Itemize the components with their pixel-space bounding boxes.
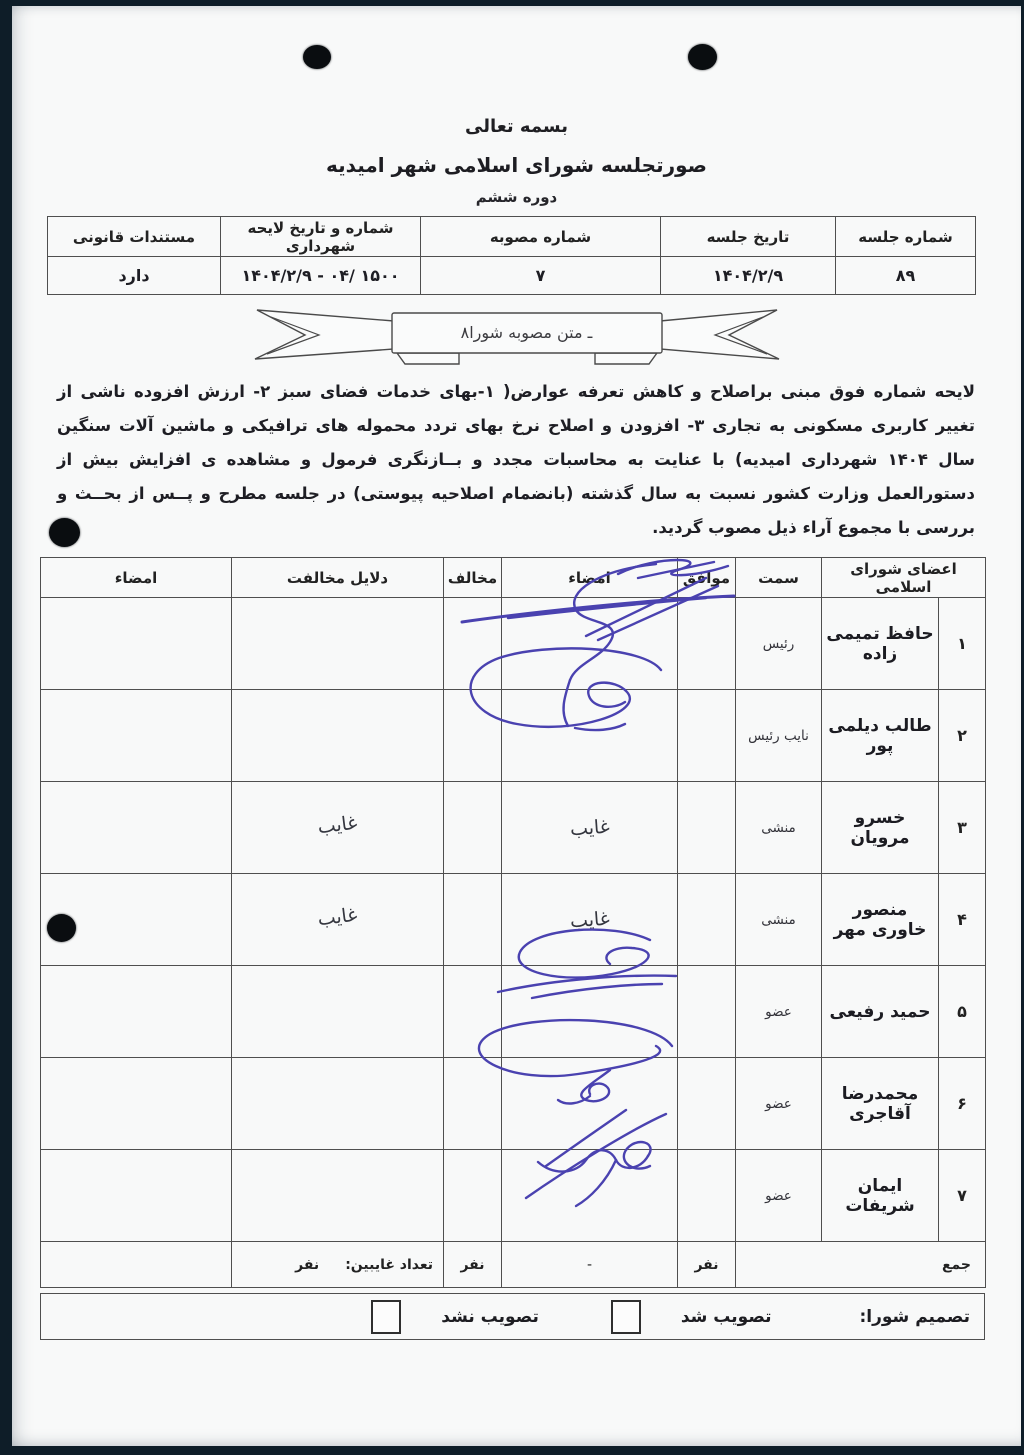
member-row-3: ۳ خسرو مرویان منشی غایب غایب [41,782,986,874]
meeting-info-table: شماره جلسه تاریخ جلسه شماره مصوبه شماره … [47,216,976,295]
signature-cell: غایب [502,782,678,874]
agree-cell [678,690,736,782]
info-values-row: ۸۹ ۱۴۰۴/۲/۹ ۷ ۱۴۰۴/۲/۹ - ۰۴/ ۱۵۰۰ دارد [48,257,976,295]
bismillah-text: بسمه تعالی [12,114,1021,140]
signature2-cell [41,1058,232,1150]
oppose-reason-cell: غایب [232,874,444,966]
absents-unit: نفر [295,1257,319,1273]
oppose-cell [444,1150,502,1242]
meeting-number-value: ۸۹ [836,257,976,295]
member-position: رئیس [736,598,822,690]
agree-cell [678,782,736,874]
signature2-header: امضاء [41,558,232,598]
signature2-cell [41,782,232,874]
resolution-text: لایحه شماره فوق مبنی براصلاح و کاهش تعرف… [57,375,975,545]
approved-label: تصویب شد [681,1307,772,1327]
signature-cell [502,690,678,782]
row-number: ۷ [939,1150,986,1242]
banner-title: ۸ـ متن مصوبه شورا [392,313,662,353]
row-number: ۴ [939,874,986,966]
council-decision-row: تصمیم شورا: تصویب شد تصویب نشد [40,1293,985,1340]
punch-hole-mark [303,45,331,69]
rejected-label: تصویب نشد [441,1307,539,1327]
totals-empty-cell [41,1242,232,1288]
punch-hole-mark [49,518,80,547]
agree-cell [678,874,736,966]
punch-hole-mark [688,44,717,70]
info-header-row: شماره جلسه تاریخ جلسه شماره مصوبه شماره … [48,217,976,257]
signature-cell [502,966,678,1058]
member-name: منصور خاوری مهر [822,874,939,966]
signature-cell: غایب [502,874,678,966]
members-header-row: اعضای شورای اسلامی سمت موافق امضاء مخالف… [41,558,986,598]
absents-count-cell: تعداد غایبین:نفر [232,1242,444,1288]
agree-header: موافق [678,558,736,598]
absent-handwriting: غایب [316,811,358,838]
member-name: حمید رفیعی [822,966,939,1058]
member-position: نایب رئیس [736,690,822,782]
row-number: ۶ [939,1058,986,1150]
oppose-header: مخالف [444,558,502,598]
member-row-7: ۷ ایمان شریفات عضو [41,1150,986,1242]
absent-handwriting: غایب [316,903,358,930]
row-number: ۵ [939,966,986,1058]
oppose-reason-cell [232,690,444,782]
oppose-reason-cell: غایب [232,782,444,874]
oppose-cell [444,874,502,966]
position-header: سمت [736,558,822,598]
row-number: ۲ [939,690,986,782]
meeting-number-header: شماره جلسه [836,217,976,257]
agree-cell [678,1058,736,1150]
oppose-cell [444,690,502,782]
oppose-cell [444,598,502,690]
punch-hole-mark [47,914,76,942]
resolution-number-value: ۷ [421,257,661,295]
oppose-count: نفر [444,1242,502,1288]
agree-cell [678,1150,736,1242]
totals-signature-dash: - [502,1242,678,1288]
members-header: اعضای شورای اسلامی [822,558,986,598]
section-banner: ۸ـ متن مصوبه شورا [247,307,787,371]
agree-count: نفر [678,1242,736,1288]
absents-label: تعداد غایبین: [345,1257,433,1273]
row-number: ۱ [939,598,986,690]
legal-docs-value: دارد [48,257,221,295]
member-position: منشی [736,874,822,966]
council-term: دوره ششم [12,186,1021,208]
oppose-reason-cell [232,598,444,690]
member-position: عضو [736,1058,822,1150]
signature2-cell [41,598,232,690]
totals-label: جمع [736,1242,986,1288]
oppose-reason-cell [232,1150,444,1242]
document-title: صورتجلسه شورای اسلامی شهر امیدیه [12,150,1021,180]
agree-cell [678,966,736,1058]
document-header: بسمه تعالی صورتجلسه شورای اسلامی شهر امی… [12,6,1021,208]
totals-row: جمع نفر - نفر تعداد غایبین:نفر [41,1242,986,1288]
absent-handwriting: غایب [569,907,610,932]
signature-cell [502,1150,678,1242]
decision-label: تصمیم شورا: [859,1307,970,1327]
member-name: حافظ تمیمی زاده [822,598,939,690]
legal-docs-header: مستندات قانونی [48,217,221,257]
approved-checkbox[interactable] [611,1300,641,1334]
member-row-6: ۶ محمدرضا آقاجری عضو [41,1058,986,1150]
member-position: عضو [736,966,822,1058]
oppose-cell [444,782,502,874]
signature-header: امضاء [502,558,678,598]
member-row-1: ۱ حافظ تمیمی زاده رئیس [41,598,986,690]
member-row-2: ۲ طالب دیلمی پور نایب رئیس [41,690,986,782]
oppose-reasons-header: دلایل مخالفت [232,558,444,598]
oppose-cell [444,1058,502,1150]
meeting-date-header: تاریخ جلسه [661,217,836,257]
rejected-checkbox[interactable] [371,1300,401,1334]
signature-cell [502,1058,678,1150]
signature2-cell [41,966,232,1058]
signature-cell [502,598,678,690]
document-page: بسمه تعالی صورتجلسه شورای اسلامی شهر امی… [12,6,1021,1446]
row-number: ۳ [939,782,986,874]
member-position: منشی [736,782,822,874]
bill-number-date-value: ۱۴۰۴/۲/۹ - ۰۴/ ۱۵۰۰ [221,257,421,295]
member-name: محمدرضا آقاجری [822,1058,939,1150]
absent-handwriting: غایب [569,815,610,840]
member-row-5: ۵ حمید رفیعی عضو [41,966,986,1058]
oppose-reason-cell [232,1058,444,1150]
signature2-cell [41,1150,232,1242]
bill-number-date-header: شماره و تاریخ لایحه شهرداری [221,217,421,257]
resolution-number-header: شماره مصوبه [421,217,661,257]
member-position: عضو [736,1150,822,1242]
scanned-document: بسمه تعالی صورتجلسه شورای اسلامی شهر امی… [0,0,1024,1455]
agree-cell [678,598,736,690]
meeting-date-value: ۱۴۰۴/۲/۹ [661,257,836,295]
member-name: خسرو مرویان [822,782,939,874]
member-name: طالب دیلمی پور [822,690,939,782]
member-row-4: ۴ منصور خاوری مهر منشی غایب غایب [41,874,986,966]
member-name: ایمان شریفات [822,1150,939,1242]
signature2-cell [41,690,232,782]
oppose-cell [444,966,502,1058]
members-vote-table: اعضای شورای اسلامی سمت موافق امضاء مخالف… [40,557,986,1288]
oppose-reason-cell [232,966,444,1058]
